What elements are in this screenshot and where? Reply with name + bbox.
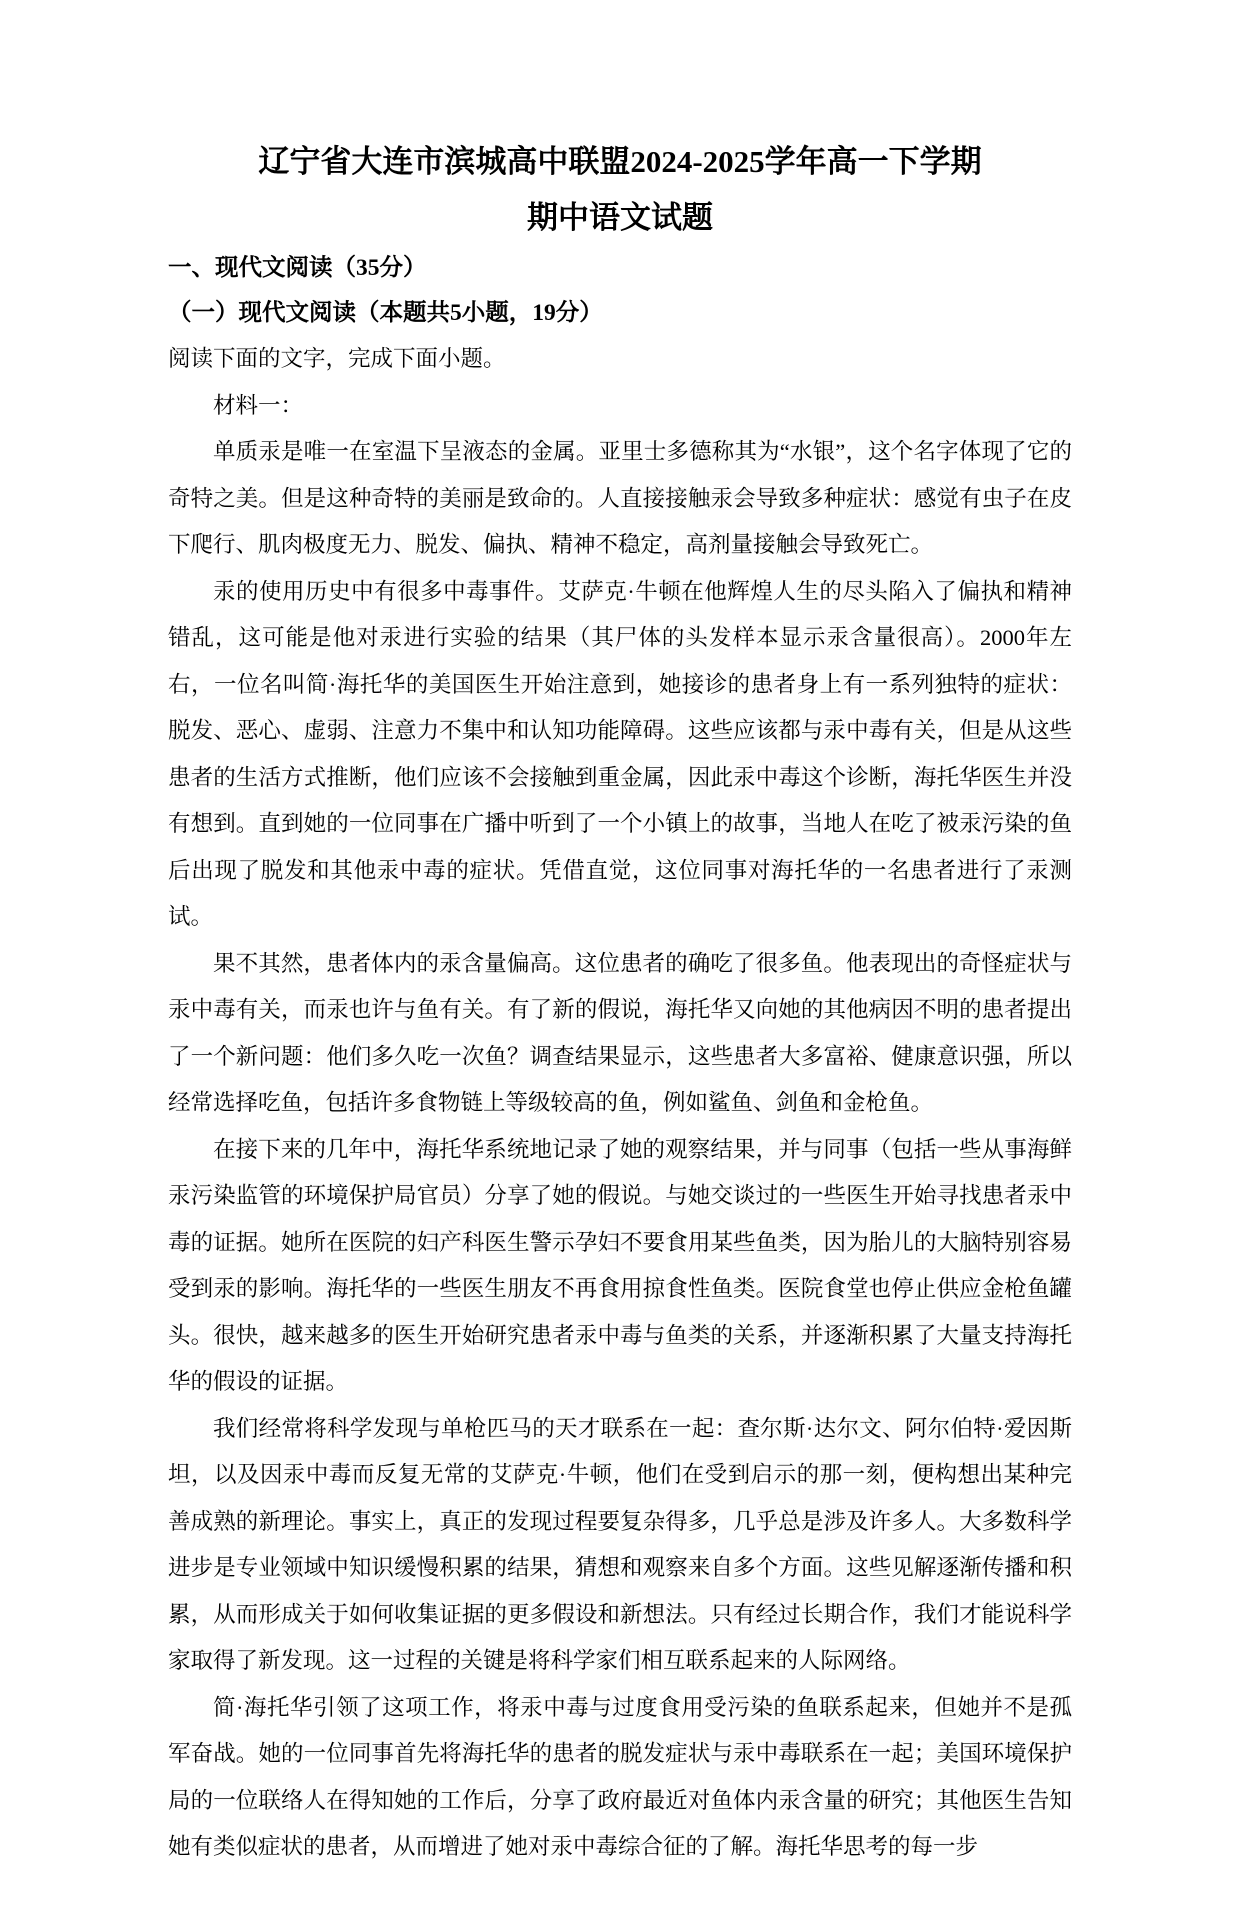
document-title: 辽宁省大连市滨城高中联盟2024-2025学年高一下学期 期中语文试题 [168,134,1072,246]
section-heading-modern-reading: 一、现代文阅读（35分） [168,246,1072,291]
reading-instruction: 阅读下面的文字，完成下面小题。 [168,336,1072,383]
passage-paragraph-2: 汞的使用历史中有很多中毒事件。艾萨克·牛顿在他辉煌人生的尽头陷入了偏执和精神错乱… [168,569,1072,941]
passage-paragraph-3: 果不其然，患者体内的汞含量偏高。这位患者的确吃了很多鱼。他表现出的奇怪症状与汞中… [168,941,1072,1127]
passage-paragraph-4: 在接下来的几年中，海托华系统地记录了她的观察结果，并与同事（包括一些从事海鲜汞污… [168,1127,1072,1406]
document-title-line-1: 辽宁省大连市滨城高中联盟2024-2025学年高一下学期 [168,134,1072,190]
reading-passage: 阅读下面的文字，完成下面小题。 材料一： 单质汞是唯一在室温下呈液态的金属。亚里… [168,336,1072,1871]
passage-paragraph-1: 单质汞是唯一在室温下呈液态的金属。亚里士多德称其为“水银”，这个名字体现了它的奇… [168,429,1072,569]
passage-paragraph-6: 简·海托华引领了这项工作，将汞中毒与过度食用受污染的鱼联系起来，但她并不是孤军奋… [168,1685,1072,1871]
document-page: 辽宁省大连市滨城高中联盟2024-2025学年高一下学期 期中语文试题 一、现代… [0,0,1240,1931]
subsection-heading-modern-reading-1: （一）现代文阅读（本题共5小题，19分） [168,291,1072,336]
passage-paragraph-5: 我们经常将科学发现与单枪匹马的天才联系在一起：查尔斯·达尔文、阿尔伯特·爱因斯坦… [168,1406,1072,1685]
material-one-label: 材料一： [168,383,1072,430]
document-title-line-2: 期中语文试题 [168,190,1072,246]
